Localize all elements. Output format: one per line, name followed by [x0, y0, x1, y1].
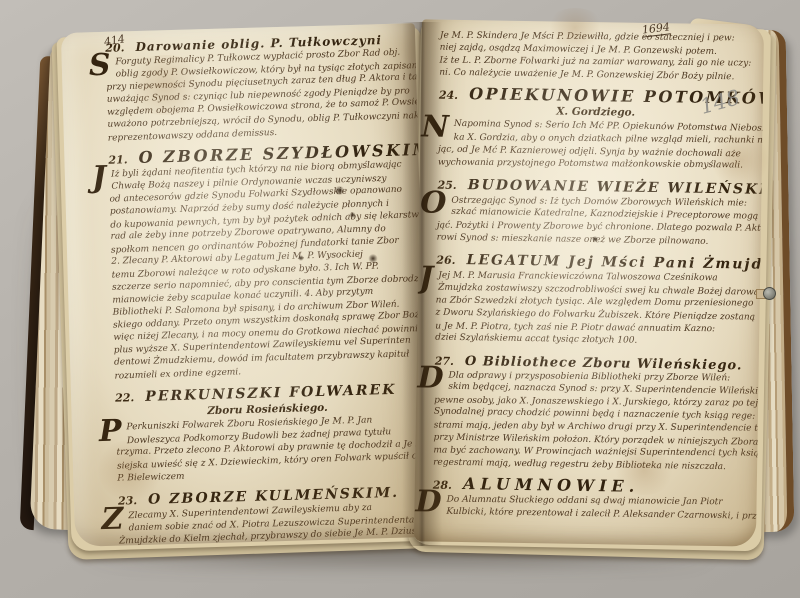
section-number: 27. — [435, 354, 454, 367]
swash-initial: J — [419, 265, 434, 291]
section-number: 24. — [439, 89, 458, 102]
book-clasp — [756, 286, 776, 300]
manuscript-line: u Je M. P. Piotra, tych zaś nie P. Piotr… — [435, 320, 749, 336]
section-number: 22. — [115, 391, 134, 405]
section-number: 28. — [433, 479, 452, 492]
manuscript-line: Ostrzegając Synod s: Iż tych Domów Zboro… — [437, 194, 751, 210]
section-23: 23. O ZBORZE KULMEŃSKIM. Z Zlecamy X. Su… — [118, 481, 423, 546]
manuscript-photo: 20. Darowanie oblig. P. Tułkowczyni S Fo… — [0, 0, 800, 598]
clasp-peg — [763, 287, 776, 300]
section-22: 22. PERKUNISZKI FOLWAREK Zboru Rosieński… — [115, 378, 422, 484]
section-number: 26. — [436, 254, 455, 267]
section-20: 20. Darowanie oblig. P. Tułkowczyni S Fo… — [105, 28, 412, 144]
section-number: 23. — [118, 494, 137, 508]
left-page-text: 20. Darowanie oblig. P. Tułkowczyni S Fo… — [61, 23, 429, 547]
section-heading: ALUMNOWIE. — [463, 474, 640, 496]
section-number: 25. — [437, 178, 456, 191]
manuscript-line: Dla odprawy i przysposobienia Bibliothek… — [434, 369, 748, 385]
manuscript-line: wychowania przystojnego Potomstwa małżon… — [438, 157, 752, 173]
swash-initial: J — [92, 165, 107, 191]
section-21: 21. O ZBORZE SZYDŁOWSKIM. J Iż byli żąda… — [108, 140, 418, 381]
section-number: 21. — [108, 153, 127, 167]
section-26: 26. LEGATUM Jej Mści Pani Żmujdzkiej. J … — [435, 249, 750, 349]
section-25: 25. BUDOWANIE WIEŻE WILEŃSKIEJ. O Ostrze… — [437, 173, 752, 248]
section-28: 28. ALUMNOWIE. D Do Alumnatu Słuckiego o… — [432, 474, 747, 523]
left-page: 20. Darowanie oblig. P. Tułkowczyni S Fo… — [61, 23, 429, 547]
section-27: 27. O Bibliothece Zboru Wileńskiego. D D… — [433, 349, 749, 474]
continuation-block: Je M. P. Skindera Je Mści P. Dziewiłła, … — [439, 29, 754, 84]
